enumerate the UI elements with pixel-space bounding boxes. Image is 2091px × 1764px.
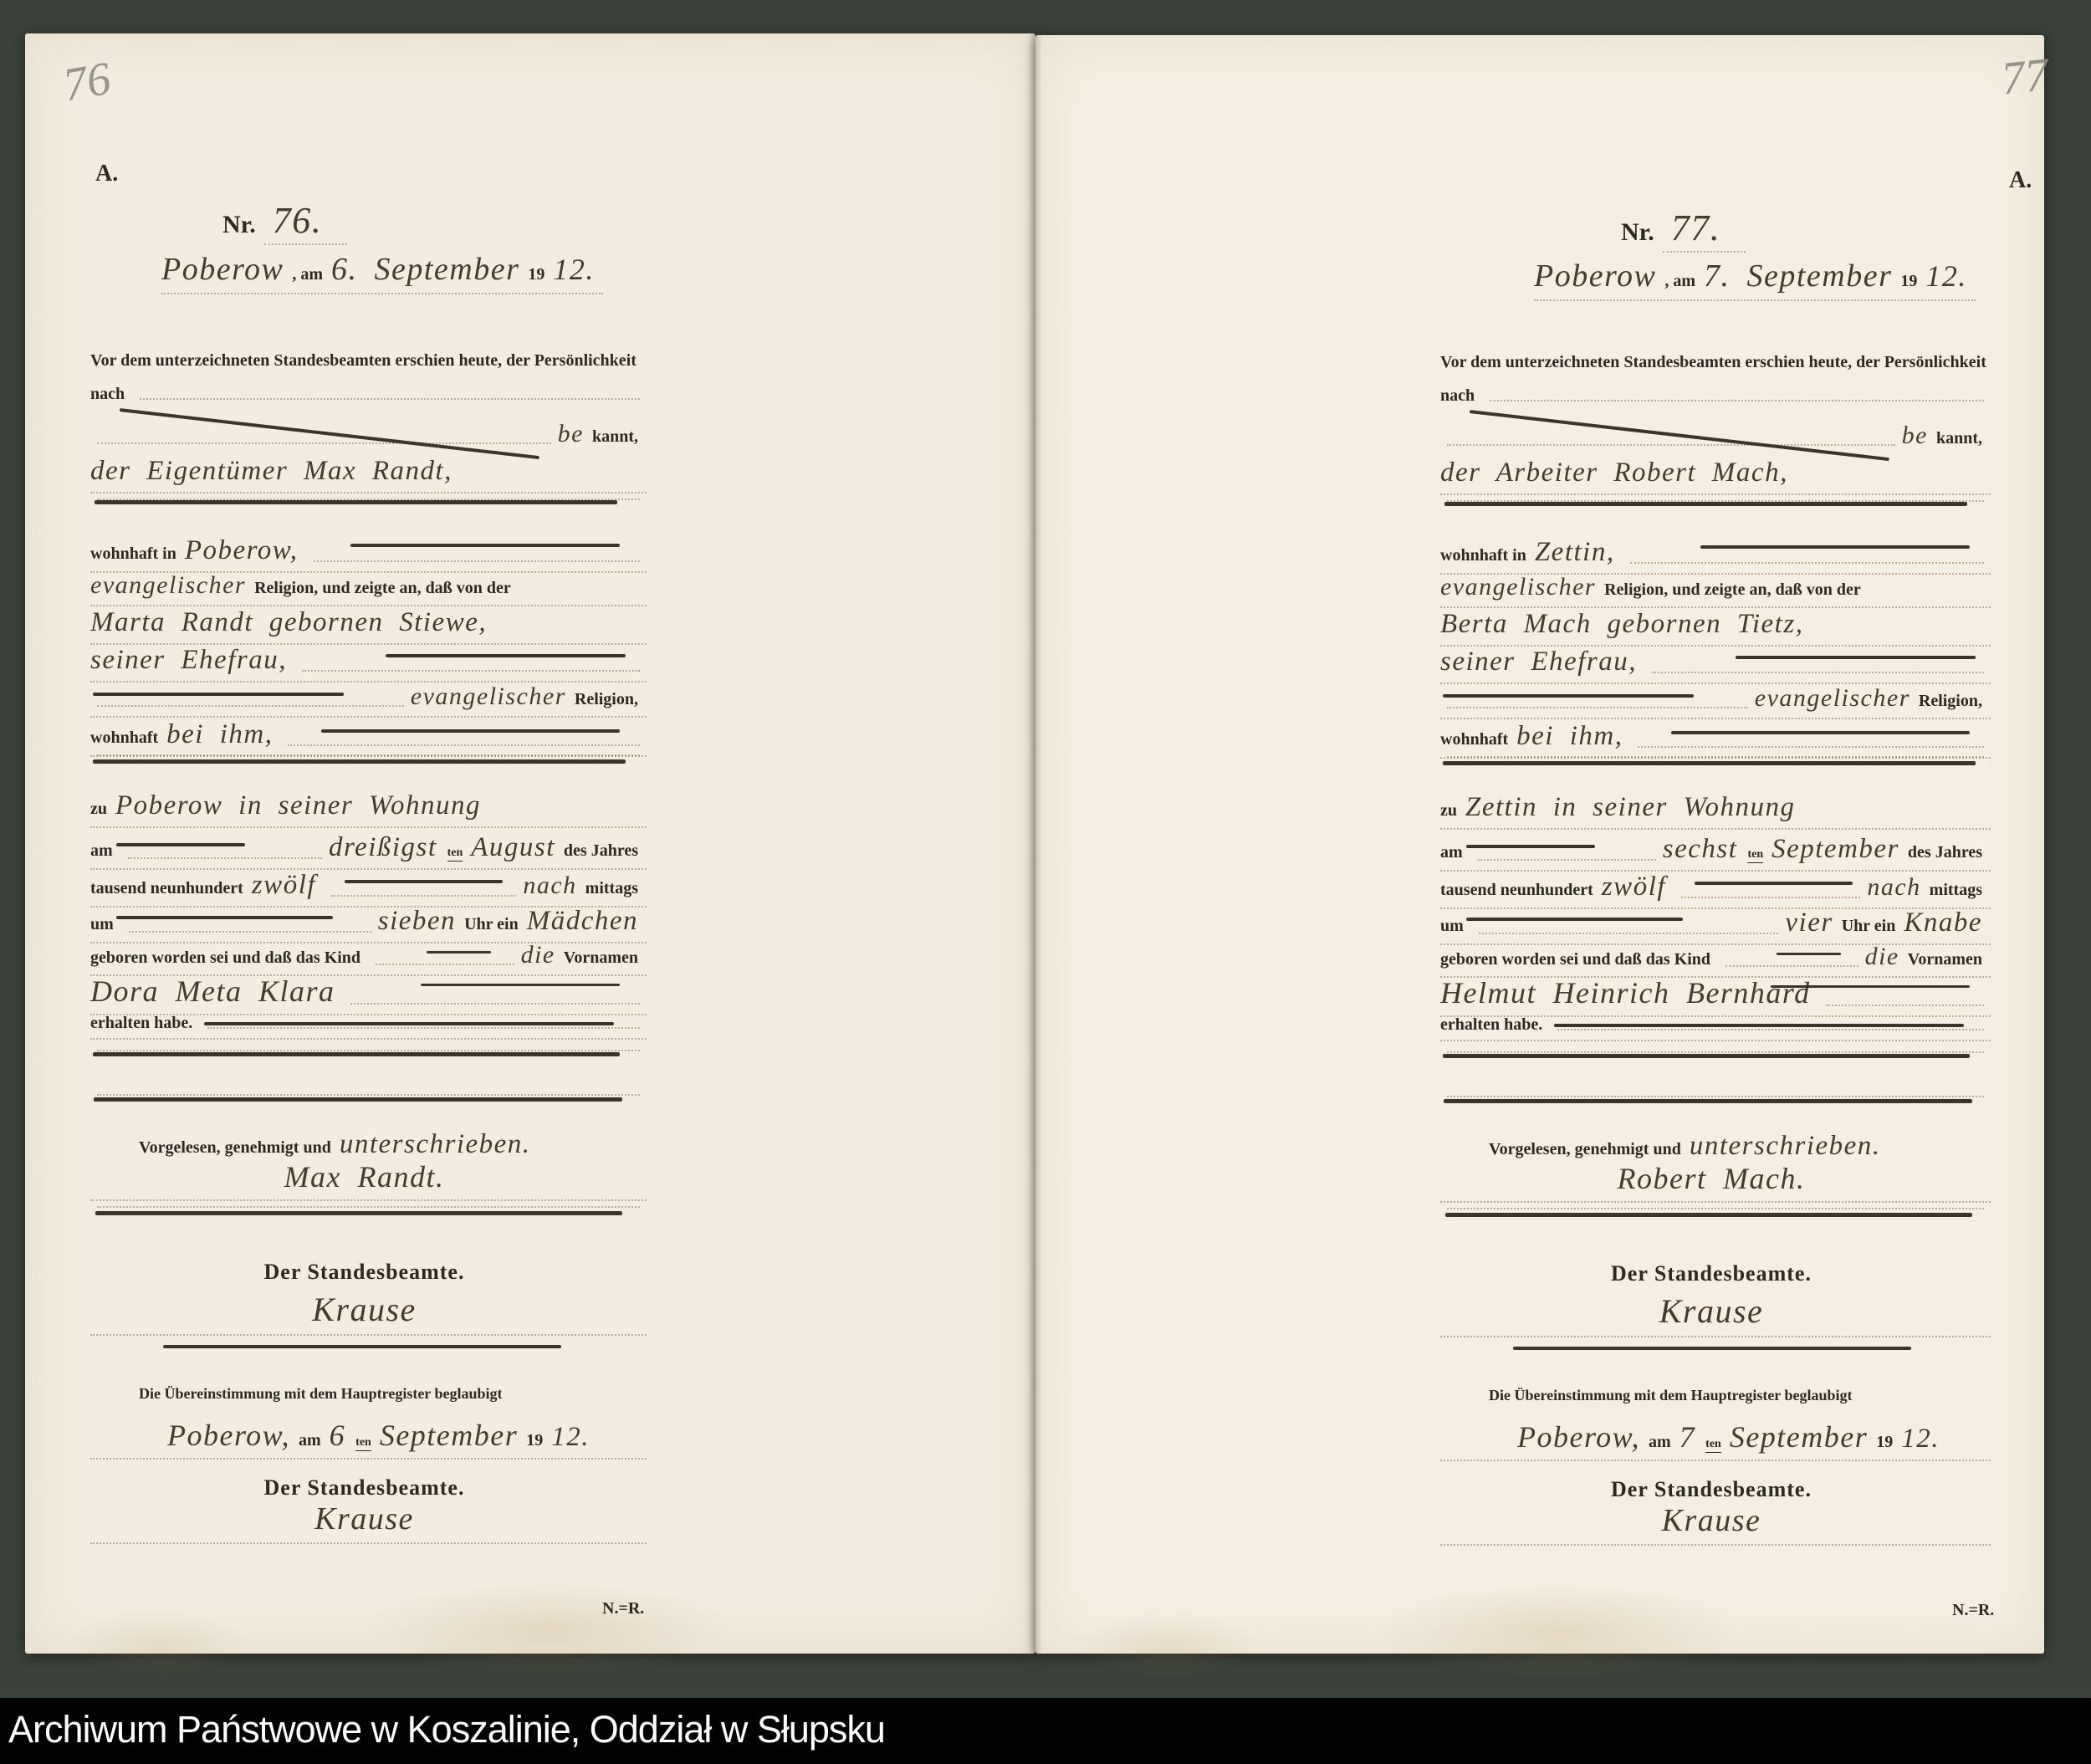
tausend-label: tausend neunhundert — [1440, 881, 1593, 900]
cert-am-label: am — [1649, 1433, 1671, 1452]
wohnhaft-in-label: wohnhaft in — [1440, 546, 1526, 565]
geboren-label: geboren worden sei und daß das Kind — [90, 948, 360, 968]
certification-text: Die Übereinstimmung mit dem Hauptregiste… — [139, 1385, 503, 1403]
ink-strike — [1695, 882, 1853, 885]
ruled-blank — [128, 857, 322, 859]
certification-line: Die Übereinstimmung mit dem Hauptregiste… — [90, 1385, 647, 1403]
zu-label: zu — [90, 800, 107, 819]
declarant-handwritten: der Eigentümer Max Randt, — [90, 456, 452, 487]
ruled-blank — [1725, 965, 1858, 967]
ruled-blank — [288, 744, 640, 746]
nach-label: nach — [90, 385, 125, 404]
erhalten-line: erhalten habe. — [1440, 1015, 1991, 1041]
cert-year-handwritten: 12. — [551, 1422, 590, 1453]
religion-handwritten: evangelischer — [90, 571, 246, 600]
residence-line: wohnhaft in Poberow, — [90, 535, 647, 573]
ink-strike — [1771, 985, 1970, 988]
ink-strike — [1513, 1347, 1911, 1350]
ruled-blank — [1490, 400, 1984, 401]
registrar-signature: Krause — [312, 1290, 417, 1329]
date-handwritten: 7. September — [1704, 258, 1892, 294]
declarant-signature-line: Robert Mach. — [1440, 1161, 1991, 1203]
ink-strike — [95, 500, 617, 504]
ink-strike — [421, 984, 620, 986]
record-number-line: Nr. 76. — [222, 199, 355, 245]
declarant-signature: Max Randt. — [284, 1159, 445, 1194]
mother-line-2: seiner Ehefrau, — [90, 645, 647, 683]
mittags-label: mittags — [585, 879, 638, 898]
place-date-line: Poberow , am 6. September 19 12. — [161, 251, 603, 294]
registrar-title-line: Der Standesbeamte. — [1440, 1261, 1991, 1286]
bei-ihm-handwritten: bei ihm, — [166, 719, 273, 750]
des-jahres-label: des Jahres — [564, 841, 638, 861]
certification-date-line: Poberow, am 6 ten September 19 12. — [90, 1418, 647, 1460]
birthplace-line: zu Poberow in seiner Wohnung — [90, 790, 647, 828]
birth-year-line: tausend neunhundert zwölf nach mittags — [1440, 872, 1991, 909]
ink-strike — [345, 880, 503, 883]
register-page-right: 77 A. Nr. 77. Poberow , am 7. September … — [1035, 35, 2044, 1654]
ruled-blank — [302, 670, 640, 672]
ruled-blank — [97, 442, 551, 444]
vorgelesen-line: Vorgelesen, genehmigt und unterschrieben… — [1440, 1131, 1991, 1162]
ruled-blank — [129, 931, 371, 933]
mother-line: Berta Mach gebornen Tietz, — [1440, 609, 1991, 647]
archive-caption: Archiwum Państwowe w Koszalinie, Oddział… — [0, 1698, 2091, 1761]
vorgelesen-label: Vorgelesen, genehmigt und — [139, 1138, 331, 1158]
erhalten-label: erhalten habe. — [90, 1014, 192, 1033]
ruled-blank — [314, 560, 640, 562]
certification-line: Die Übereinstimmung mit dem Hauptregiste… — [1440, 1387, 1991, 1404]
hour-handwritten: vier — [1785, 908, 1833, 938]
record-number-line: Nr. 77. — [1621, 207, 1754, 253]
um-label: um — [1440, 917, 1464, 936]
am-label-2: am — [90, 841, 113, 861]
child-names-line: Dora Meta Klara — [90, 974, 647, 1015]
daytime-handwritten: nach — [1867, 873, 1920, 902]
mother-handwritten: Marta Randt gebornen Stiewe, — [90, 607, 487, 638]
ink-strike — [116, 916, 333, 919]
ruled-blank — [97, 754, 640, 756]
am-label: , am — [1664, 272, 1695, 291]
religion-handwritten: evangelischer — [1440, 573, 1596, 601]
nr-label: Nr. — [1621, 218, 1654, 247]
registrar-signature-line: Krause — [90, 1290, 647, 1336]
birth-day-line: am sechst ten September des Jahres — [1440, 834, 1991, 872]
birth-day-line: am dreißigst ten August des Jahres — [90, 832, 647, 870]
bekannt-line: be kannt, — [1440, 422, 1991, 450]
be-handwritten: be — [1902, 422, 1928, 450]
am-label: , am — [292, 265, 323, 284]
hour-handwritten: sieben — [378, 906, 456, 937]
register-page-left: 76 A. Nr. 76. Poberow , am 6. September … — [25, 33, 1035, 1654]
wohnhaft-line-2: wohnhaft bei ihm, — [1440, 721, 1991, 759]
form-corner-letter: A. — [95, 161, 118, 187]
kannt-label: kannt, — [592, 427, 638, 447]
kannt-label: kannt, — [1936, 429, 1982, 448]
daytime-handwritten: nach — [523, 872, 576, 900]
ink-strike — [1777, 953, 1841, 955]
record-number-value: 76. — [264, 199, 348, 245]
ruled-blank — [1652, 672, 1984, 673]
cert-month-handwritten: September — [1730, 1419, 1868, 1455]
birth-hour-line: um vier Uhr ein Knabe — [1440, 908, 1991, 945]
religion-printed: Religion, und zeigte an, daß von der — [1604, 580, 1861, 600]
bekannt-line: be kannt, — [90, 420, 647, 448]
ink-strike — [321, 729, 620, 733]
cert-year-handwritten: 12. — [1901, 1424, 1940, 1455]
tausend-label: tausend neunhundert — [90, 879, 243, 898]
ehefrau-handwritten: seiner Ehefrau, — [90, 645, 287, 676]
ink-strike — [386, 654, 626, 657]
ink-strike — [93, 693, 344, 696]
mother-line-2: seiner Ehefrau, — [1440, 647, 1991, 684]
paper-stain — [1370, 1582, 1746, 1679]
ruled-blank — [350, 1003, 641, 1005]
intro-line: Vor dem unterzeichneten Standesbeamten e… — [1440, 353, 1991, 372]
ink-strike — [1466, 845, 1595, 848]
paper-stain — [67, 1610, 251, 1677]
cert-ten-superscript: ten — [355, 1436, 371, 1451]
ruled-blank — [1630, 562, 1984, 564]
nach-line: nach — [1440, 386, 1991, 406]
vorgelesen-label: Vorgelesen, genehmigt und — [1489, 1140, 1681, 1159]
vorgelesen-line: Vorgelesen, genehmigt und unterschrieben… — [90, 1129, 647, 1160]
registrar-signature-line: Krause — [1440, 1291, 1991, 1337]
registrar-title-line: Der Standesbeamte. — [90, 1260, 647, 1285]
birth-day-handwritten: sechst — [1663, 834, 1738, 865]
ruled-blank — [1479, 933, 1779, 934]
wohnhaft-label: wohnhaft — [90, 729, 158, 748]
cert-place-handwritten: Poberow, — [1517, 1419, 1640, 1455]
wohnhaft-in-label: wohnhaft in — [90, 545, 176, 564]
mother-handwritten: Berta Mach gebornen Tietz, — [1440, 609, 1803, 640]
book-spine-shadow — [1029, 33, 1042, 1654]
ruled-blank — [1826, 1005, 1984, 1006]
ruled-blank — [1478, 859, 1656, 861]
year-printed: 19 — [528, 265, 544, 284]
cert-day-handwritten: 7 — [1679, 1419, 1696, 1455]
intro-text: Vor dem unterzeichneten Standesbeamten e… — [90, 351, 637, 371]
geboren-line: geboren worden sei und daß das Kind die … — [1440, 943, 1991, 978]
um-label: um — [90, 915, 114, 934]
cert-am-label: am — [299, 1431, 321, 1450]
religion-line-2: evangelischer Religion, — [90, 683, 647, 718]
registrar-signature-2: Krause — [314, 1501, 414, 1537]
record-number-value: 77. — [1663, 207, 1746, 253]
ink-strike — [350, 544, 620, 547]
nach-line: nach — [90, 385, 647, 404]
birth-month-handwritten: September — [1771, 834, 1899, 865]
ink-strike — [1443, 694, 1694, 698]
birth-hour-line: um sieben Uhr ein Mädchen — [90, 906, 647, 943]
ink-strike — [116, 843, 245, 846]
zu-label: zu — [1440, 801, 1457, 821]
intro-text: Vor dem unterzeichneten Standesbeamten e… — [1440, 353, 1986, 372]
child-sex-handwritten: Knabe — [1904, 908, 1982, 938]
ehefrau-handwritten: seiner Ehefrau, — [1440, 647, 1637, 677]
standesbeamte2-label: Der Standesbeamte. — [1611, 1477, 1812, 1502]
religion-printed: Religion, und zeigte an, daß von der — [254, 579, 511, 598]
bei-ihm-handwritten: bei ihm, — [1516, 721, 1623, 752]
ink-strike — [1444, 502, 1967, 506]
ink-strike — [163, 1345, 561, 1348]
year-handwritten: 12. — [1925, 258, 1967, 294]
mother-line: Marta Randt gebornen Stiewe, — [90, 607, 647, 645]
ink-strike — [1443, 761, 1976, 765]
ink-strike — [1445, 1213, 1972, 1217]
standesbeamte2-label: Der Standesbeamte. — [264, 1475, 465, 1501]
ink-strike — [1443, 1054, 1970, 1058]
unterschrieben-handwritten: unterschrieben. — [340, 1129, 531, 1160]
declarant-signature: Robert Mach. — [1618, 1161, 1806, 1196]
declarant-line: der Eigentümer Max Randt, — [90, 456, 647, 493]
residence-line: wohnhaft in Zettin, — [1440, 537, 1991, 575]
nebenregister-corner-mark: N.=R. — [1952, 1601, 1994, 1620]
ink-strike — [1671, 731, 1970, 734]
die-handwritten: die — [521, 941, 555, 969]
declarant-signature-line: Max Randt. — [90, 1159, 647, 1201]
religion-line-1: evangelischer Religion, und zeigte an, d… — [1440, 573, 1991, 608]
declarant-handwritten: der Arbeiter Robert Mach, — [1440, 458, 1788, 488]
birthplace-handwritten: Zettin in seiner Wohnung — [1465, 792, 1796, 823]
ruled-blank — [1681, 897, 1860, 898]
vornamen-label: Vornamen — [1908, 950, 1982, 969]
uhr-ein-label: Uhr ein — [1842, 917, 1896, 936]
registrar-signature-line-2: Krause — [90, 1501, 647, 1544]
erhalten-label: erhalten habe. — [1440, 1015, 1542, 1035]
year-handwritten: 12. — [553, 252, 595, 287]
ruled-blank — [97, 1206, 640, 1208]
standesbeamte-label: Der Standesbeamte. — [1611, 1261, 1812, 1286]
ink-strike — [1736, 656, 1976, 659]
mittags-label: mittags — [1930, 881, 1982, 900]
form-corner-letter: A. — [2009, 167, 2032, 194]
ink-strike — [95, 1211, 622, 1215]
ruled-blank — [331, 895, 516, 897]
place-handwritten: Poberow — [1534, 258, 1656, 294]
ruled-blank — [1638, 746, 1984, 748]
birthplace-line: zu Zettin in seiner Wohnung — [1440, 792, 1991, 830]
des-jahres-label: des Jahres — [1908, 843, 1982, 862]
certification-date-line: Poberow, am 7 ten September 19 12. — [1440, 1419, 1991, 1461]
birth-year-line: tausend neunhundert zwölf nach mittags — [90, 870, 647, 908]
certification-text: Die Übereinstimmung mit dem Hauptregiste… — [1489, 1387, 1853, 1404]
paper-stain — [360, 1581, 736, 1677]
child-names-handwritten: Dora Meta Klara — [90, 974, 335, 1009]
ink-strike — [1700, 545, 1970, 549]
registrar-signature-2: Krause — [1662, 1502, 1761, 1539]
erhalten-line: erhalten habe. — [90, 1014, 647, 1040]
birthplace-handwritten: Poberow in seiner Wohnung — [115, 790, 481, 821]
religion2-printed: Religion, — [1919, 692, 1982, 711]
ink-strike — [1554, 1024, 1964, 1027]
place-date-line: Poberow , am 7. September 19 12. — [1534, 258, 1976, 301]
be-handwritten: be — [558, 420, 584, 448]
religion2-handwritten: evangelischer — [1755, 684, 1910, 713]
residence-handwritten: Zettin, — [1535, 537, 1615, 568]
geboren-line: geboren worden sei und daß das Kind die … — [90, 941, 647, 976]
ruled-blank — [1447, 1051, 1984, 1053]
pencil-page-number: 76 — [59, 52, 115, 113]
vornamen-label: Vornamen — [564, 948, 638, 968]
nach-label: nach — [1440, 386, 1475, 406]
pencil-page-number: 77 — [1999, 48, 2051, 106]
cert-year-printed: 19 — [526, 1431, 543, 1450]
nebenregister-corner-mark: N.=R. — [602, 1599, 644, 1618]
ink-strike — [93, 1052, 620, 1056]
cert-day-handwritten: 6 — [330, 1418, 346, 1453]
archive-caption-bar: Archiwum Państwowe w Koszalinie, Oddział… — [0, 1698, 2091, 1764]
ink-strike — [93, 759, 626, 764]
place-handwritten: Poberow — [161, 251, 284, 288]
ink-strike — [1444, 1099, 1972, 1103]
registrar-title-line-2: Der Standesbeamte. — [90, 1475, 647, 1501]
declarant-line: der Arbeiter Robert Mach, — [1440, 458, 1991, 495]
cert-year-printed: 19 — [1876, 1433, 1893, 1452]
ruled-blank — [1447, 707, 1748, 708]
wohnhaft-line-2: wohnhaft bei ihm, — [90, 719, 647, 757]
year-word-handwritten: zwölf — [1602, 872, 1666, 902]
cert-place-handwritten: Poberow, — [167, 1418, 290, 1453]
child-names-line: Helmut Heinrich Bernhard — [1440, 975, 1991, 1017]
religion-line-2: evangelischer Religion, — [1440, 684, 1991, 719]
birth-month-handwritten: August — [471, 832, 555, 863]
intro-line: Vor dem unterzeichneten Standesbeamten e… — [90, 351, 647, 371]
year-word-handwritten: zwölf — [252, 870, 316, 901]
ten-superscript: ten — [1747, 848, 1763, 863]
ten-superscript: ten — [447, 846, 463, 862]
ruled-blank — [97, 1094, 640, 1096]
unterschrieben-handwritten: unterschrieben. — [1690, 1131, 1881, 1162]
ruled-blank — [1557, 1029, 1984, 1030]
registrar-signature: Krause — [1659, 1291, 1764, 1331]
geboren-label: geboren worden sei und daß das Kind — [1440, 950, 1710, 969]
child-sex-handwritten: Mädchen — [527, 906, 638, 937]
ruled-blank — [1447, 756, 1984, 758]
ink-strike — [1466, 918, 1683, 921]
cert-ten-superscript: ten — [1705, 1438, 1721, 1453]
ink-strike — [204, 1022, 614, 1025]
uhr-ein-label: Uhr ein — [464, 915, 519, 934]
standesbeamte-label: Der Standesbeamte. — [264, 1260, 465, 1285]
religion2-printed: Religion, — [575, 690, 638, 709]
year-printed: 19 — [1900, 272, 1917, 291]
nr-label: Nr. — [222, 211, 256, 239]
registrar-title-line-2: Der Standesbeamte. — [1440, 1477, 1991, 1502]
ruled-blank — [1447, 1208, 1984, 1209]
ruled-blank — [97, 705, 404, 707]
ruled-blank — [97, 1050, 640, 1051]
ruled-blank — [376, 964, 514, 965]
ruled-blank — [207, 1027, 640, 1029]
am-label-2: am — [1440, 843, 1463, 862]
ink-strike — [94, 1097, 622, 1102]
religion-line-1: evangelischer Religion, und zeigte an, d… — [90, 571, 647, 606]
wohnhaft-label: wohnhaft — [1440, 730, 1508, 749]
cert-month-handwritten: September — [380, 1418, 518, 1453]
birth-day-handwritten: dreißigst — [329, 832, 437, 863]
date-handwritten: 6. September — [331, 251, 519, 288]
ruled-blank — [140, 398, 640, 400]
child-names-handwritten: Helmut Heinrich Bernhard — [1440, 975, 1811, 1010]
religion2-handwritten: evangelischer — [411, 683, 566, 711]
ruled-blank — [1447, 1096, 1984, 1097]
ruled-blank — [1447, 444, 1895, 446]
paper-stain — [1077, 1612, 1261, 1679]
residence-handwritten: Poberow, — [185, 535, 299, 566]
registrar-signature-line-2: Krause — [1440, 1502, 1991, 1546]
ink-strike — [427, 951, 491, 954]
die-handwritten: die — [1865, 943, 1899, 971]
